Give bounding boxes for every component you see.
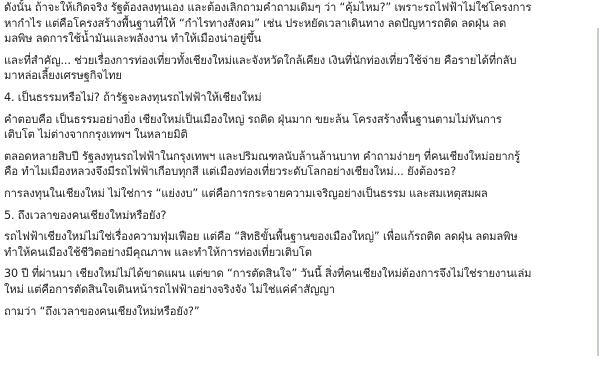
text-line: 4. เป็นธรรมหรือไม่? ถ้ารัฐจะลงทุนรถไฟฟ้า… [4,90,598,106]
text-line: ตลอดหลายสิบปี รัฐลงทุนรถไฟฟ้าในกรุงเทพฯ … [4,149,598,165]
text-line: มลพิษ ลดการใช้น้ำมันและพลังงาน ทำให้เมือ… [4,31,598,47]
text-line: และที่สำคัญ... ช่วยเรื่องการท่องเที่ยวทั… [4,53,598,69]
post-body: ดังนั้น ถ้าจะให้เกิดจริง รัฐต้องลงทุนเอง… [4,0,598,325]
text-line: ถามว่า “ถึงเวลาของคนเชียงใหม่หรือยัง?” [4,304,598,320]
paragraph-distribution: การลงทุนในเชียงใหม่ ไม่ใช่การ “แย่งงบ” แ… [4,186,598,202]
paragraph-fairness-answer: คำตอบคือ เป็นธรรมอย่างยิ่ง เชียงใหม่เป็น… [4,112,598,143]
paragraph-bangkok-investment: ตลอดหลายสิบปี รัฐลงทุนรถไฟฟ้าในกรุงเทพฯ … [4,149,598,180]
text-line: ดังนั้น ถ้าจะให้เกิดจริง รัฐต้องลงทุนเอง… [4,0,598,16]
text-line: หากำไร แต่คือโครงสร้างพื้นฐานที่ให้ “กำไ… [4,16,598,32]
text-line: รถไฟฟ้าเชียงใหม่ไม่ใช่เรื่องความฟุ่มเฟือ… [4,229,598,245]
text-line: ทำให้คนเมืองใช้ชีวิตอย่างมีคุณภาพ และทำใ… [4,245,598,261]
paragraph-basic-right: รถไฟฟ้าเชียงใหม่ไม่ใช่เรื่องความฟุ่มเฟือ… [4,229,598,260]
text-line: 30 ปี ที่ผ่านมา เชียงใหม่ไม่ได้ขาดแผน แต… [4,266,598,282]
paragraph-decision: 30 ปี ที่ผ่านมา เชียงใหม่ไม่ได้ขาดแผน แต… [4,266,598,297]
section-heading-4: 4. เป็นธรรมหรือไม่? ถ้ารัฐจะลงทุนรถไฟฟ้า… [4,90,598,106]
text-line: 5. ถึงเวลาของคนเชียงใหม่หรือยัง? [4,208,598,224]
text-line: การลงทุนในเชียงใหม่ ไม่ใช่การ “แย่งงบ” แ… [4,186,598,202]
text-line: เติบโต ไม่ต่างจากกรุงเทพฯ ในหลายมิติ [4,127,598,143]
paragraph-conclusion: ดังนั้น ถ้าจะให้เกิดจริง รัฐต้องลงทุนเอง… [4,0,598,47]
text-line: คือ ทำไมเมืองหลวงจึงมีรถไฟฟ้าเกือบทุกสี … [4,164,598,180]
paragraph-closing-question: ถามว่า “ถึงเวลาของคนเชียงใหม่หรือยัง?” [4,304,598,320]
text-line: ใหม่ แต่คือการตัดสินใจเดินหน้ารถไฟฟ้าอย่… [4,282,598,298]
text-line: มาหล่อเลี้ยงเศรษฐกิจไทย [4,68,598,84]
scrollbar-track[interactable] [597,28,599,356]
section-heading-5: 5. ถึงเวลาของคนเชียงใหม่หรือยัง? [4,208,598,224]
text-line: คำตอบคือ เป็นธรรมอย่างยิ่ง เชียงใหม่เป็น… [4,112,598,128]
paragraph-tourism: และที่สำคัญ... ช่วยเรื่องการท่องเที่ยวทั… [4,53,598,84]
